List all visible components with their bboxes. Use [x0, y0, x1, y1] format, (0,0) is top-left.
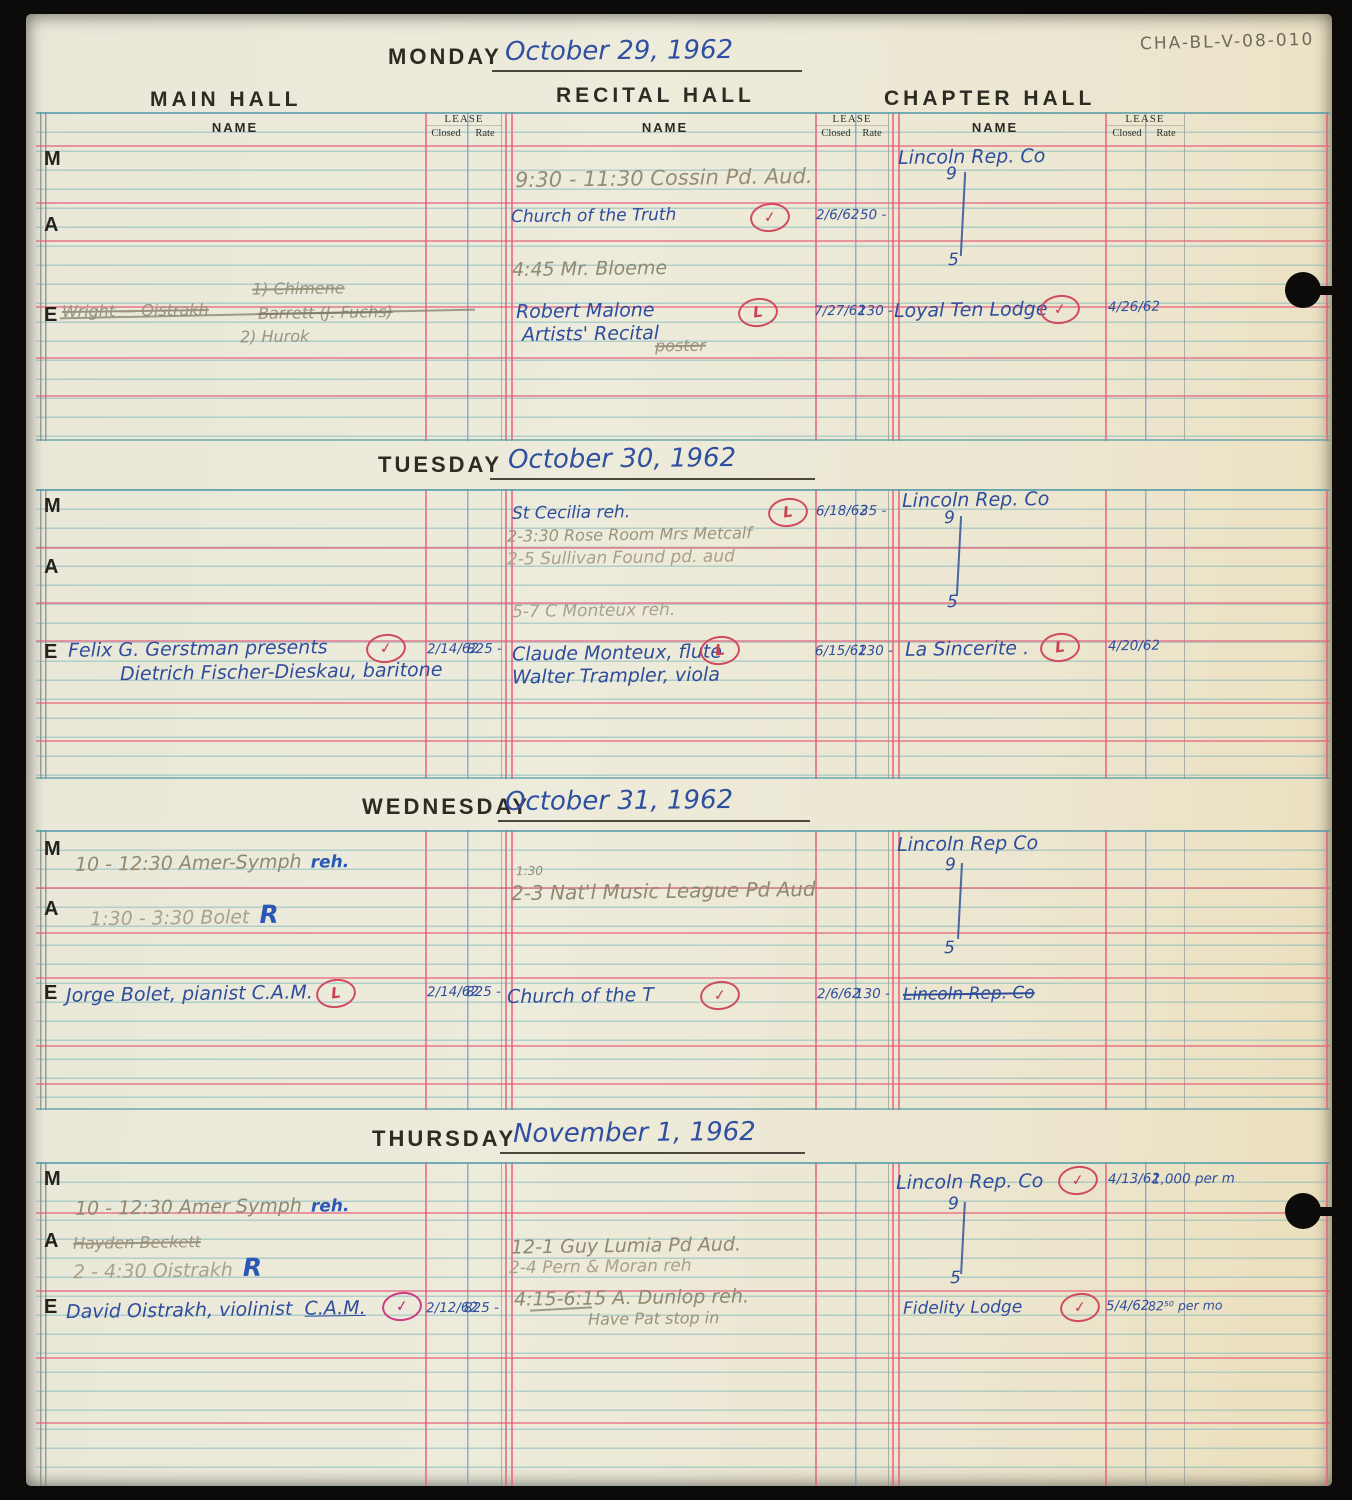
lease-rate-header: Rate: [856, 128, 888, 139]
date-underline: [500, 1152, 805, 1154]
row-label-a: A: [44, 1230, 58, 1253]
row-label-e: E: [44, 982, 57, 1005]
entry-booking: Artists' Recital: [522, 322, 659, 346]
row-label-a: A: [44, 898, 58, 921]
entry-rehearsal: 12-1 Guy Lumia Pd Aud.: [511, 1233, 741, 1258]
day-date-thursday: November 1, 1962: [513, 1117, 756, 1149]
entry-rehearsal: 2-3:30 Rose Room Mrs Metcalf: [507, 523, 752, 545]
entry-booking: Dietrich Fischer-Dieskau, baritone: [120, 659, 443, 686]
entry-crossed-out: Lincoln Rep. Co: [903, 983, 1035, 1005]
entry-booking: Loyal Ten Lodge: [894, 298, 1048, 322]
entry-booking: Walter Trampler, viola: [512, 664, 720, 689]
day-title-thursday: THURSDAY: [372, 1126, 516, 1152]
hall-title-main: MAIN HALL: [150, 88, 301, 112]
entry-rehearsal: 4:45 Mr. Bloeme: [512, 257, 667, 281]
entry-rehearsal: 10 - 12:30 Amer-Symphreh.: [75, 850, 349, 876]
date-underline: [492, 70, 802, 72]
entry-rehearsal: 2-4 Pern & Moran reh: [509, 1256, 692, 1279]
lease-closed-header: Closed: [1106, 128, 1148, 139]
lease-rate: 825 -: [467, 641, 502, 657]
entry-booking: Robert Malone: [516, 299, 655, 323]
time-from: 9: [944, 508, 955, 528]
entry-suffix: R: [243, 1253, 263, 1282]
column-header-name: NAME: [160, 120, 310, 135]
entry-text: 2 - 4:30 Oistrakh: [73, 1259, 233, 1283]
binder-hole-stem: [1300, 286, 1352, 295]
entry-rehearsal: 4:15-6:15 A. Dunlop reh.: [514, 1285, 749, 1310]
lease-rate: 1,000 per m: [1152, 1170, 1235, 1187]
lease-closed-date: 2/6/62: [816, 207, 860, 224]
time-to: 5: [944, 938, 955, 958]
lease-closed-date: 5/4/62: [1106, 1298, 1150, 1315]
hall-title-recital: RECITAL HALL: [556, 84, 755, 108]
entry-crossed-out: 1) Chimene: [252, 278, 345, 298]
entry-superscript: 1:30: [516, 864, 543, 878]
time-from: 9: [948, 1194, 959, 1214]
entry-note: Have Pat stop in: [588, 1308, 720, 1329]
row-label-m: M: [44, 838, 61, 861]
lease-closed-header: Closed: [816, 128, 856, 139]
lease-closed-header: Closed: [426, 128, 466, 139]
lease-rate: 825 -: [466, 984, 501, 1000]
lease-rate: 130 -: [855, 986, 890, 1002]
entry-booking: Lincoln Rep Co: [897, 832, 1039, 856]
entry-rehearsal: 2 - 4:30 OistrakhR: [73, 1253, 262, 1285]
lease-rate: 130 -: [858, 643, 893, 659]
lease-rate: 82⁵⁰ per mo: [1148, 1297, 1223, 1313]
time-to: 5: [950, 1268, 961, 1288]
entry-rehearsal: 9:30 - 11:30 Cossin Pd. Aud.: [515, 164, 813, 192]
lease-rate-header: Rate: [468, 128, 502, 139]
ledger-grid-monday: [36, 112, 1330, 441]
column-header-name: NAME: [930, 120, 1060, 135]
entry-booking: Fidelity Lodge: [903, 1297, 1023, 1319]
entry-booking: Jorge Bolet, pianist C.A.M.: [66, 981, 313, 1006]
entry-booking: Lincoln Rep. Co: [898, 145, 1046, 169]
entry-booking: David Oistrakh, violinist C.A.M.: [66, 1297, 366, 1323]
entry-booking: Church of the Truth: [511, 205, 677, 227]
lease-rate: 50 -: [860, 207, 887, 223]
row-label-a: A: [44, 214, 58, 237]
row-label-m: M: [44, 148, 61, 171]
day-date-tuesday: October 30, 1962: [508, 443, 736, 475]
lease-rate: 35 -: [860, 503, 887, 519]
entry-rehearsal: 2-5 Sullivan Found pd. aud: [507, 546, 735, 569]
binder-hole-stem: [1300, 1207, 1352, 1216]
entry-booking: Claude Monteux, flute: [512, 641, 722, 666]
entry-suffix: reh.: [311, 1196, 350, 1217]
entry-text: 1:30 - 3:30 Bolet: [90, 906, 250, 930]
entry-rehearsal: 5-7 C Monteux reh.: [512, 600, 676, 622]
row-label-e: E: [44, 641, 57, 664]
lease-rate: 825 -: [464, 1300, 499, 1316]
day-date-wednesday: October 31, 1962: [505, 785, 733, 817]
entry-text: 10 - 12:30 Amer Symph: [75, 1195, 302, 1220]
time-from: 9: [946, 164, 957, 184]
date-underline: [498, 820, 810, 822]
hall-title-chapter: CHAPTER HALL: [884, 87, 1095, 111]
time-from: 9: [945, 855, 956, 875]
lease-rate: 130 -: [858, 303, 893, 319]
day-title-monday: MONDAY: [388, 44, 502, 70]
entry-booking: St Cecilia reh.: [512, 502, 630, 524]
entry-booking: Church of the T: [507, 984, 654, 1008]
time-to: 5: [948, 250, 959, 270]
day-date-monday: October 29, 1962: [505, 35, 733, 67]
lease-rate-header: Rate: [1148, 128, 1184, 139]
row-label-e: E: [44, 1296, 57, 1319]
lease-closed-date: 4/20/62: [1108, 638, 1160, 655]
column-header-name: NAME: [600, 120, 730, 135]
lease-closed-date: 4/26/62: [1108, 299, 1160, 316]
entry-crossed-out: poster: [655, 336, 706, 356]
row-label-e: E: [44, 304, 57, 327]
entry-suffix: R: [259, 900, 279, 929]
entry-text: David Oistrakh, violinist: [66, 1298, 293, 1323]
entry-booking: La Sincerite .: [905, 637, 1029, 661]
lease-header: LEASE: [816, 113, 888, 126]
time-to: 5: [947, 592, 958, 612]
date-underline: [490, 478, 815, 480]
entry-text: 10 - 12:30 Amer-Symph: [75, 851, 302, 876]
entry-rehearsal: 10 - 12:30 Amer Symphreh.: [75, 1194, 350, 1220]
entry-booking: Felix G. Gerstman presents: [68, 636, 328, 662]
row-label-a: A: [44, 556, 58, 579]
entry-rehearsal: 2-3 Nat'l Music League Pd Aud: [511, 877, 816, 905]
row-label-m: M: [44, 495, 61, 518]
entry-booking: Lincoln Rep. Co: [896, 1170, 1044, 1194]
entry-suffix: reh.: [311, 852, 350, 873]
entry-crossed-out: 2) Hurok: [240, 327, 310, 347]
lease-header: LEASE: [1106, 113, 1184, 126]
entry-rehearsal: 1:30 - 3:30 BoletR: [90, 900, 279, 932]
entry-booking: Lincoln Rep. Co: [902, 488, 1050, 512]
scanned-ledger-page: CHA-BL-V-08-010 MONDAY October 29, 1962 …: [0, 0, 1352, 1500]
day-title-tuesday: TUESDAY: [378, 452, 502, 478]
row-label-m: M: [44, 1168, 61, 1191]
entry-crossed-out: Hayden Beckett: [73, 1232, 201, 1253]
lease-header: LEASE: [426, 113, 502, 126]
entry-agency: C.A.M.: [304, 1297, 365, 1320]
